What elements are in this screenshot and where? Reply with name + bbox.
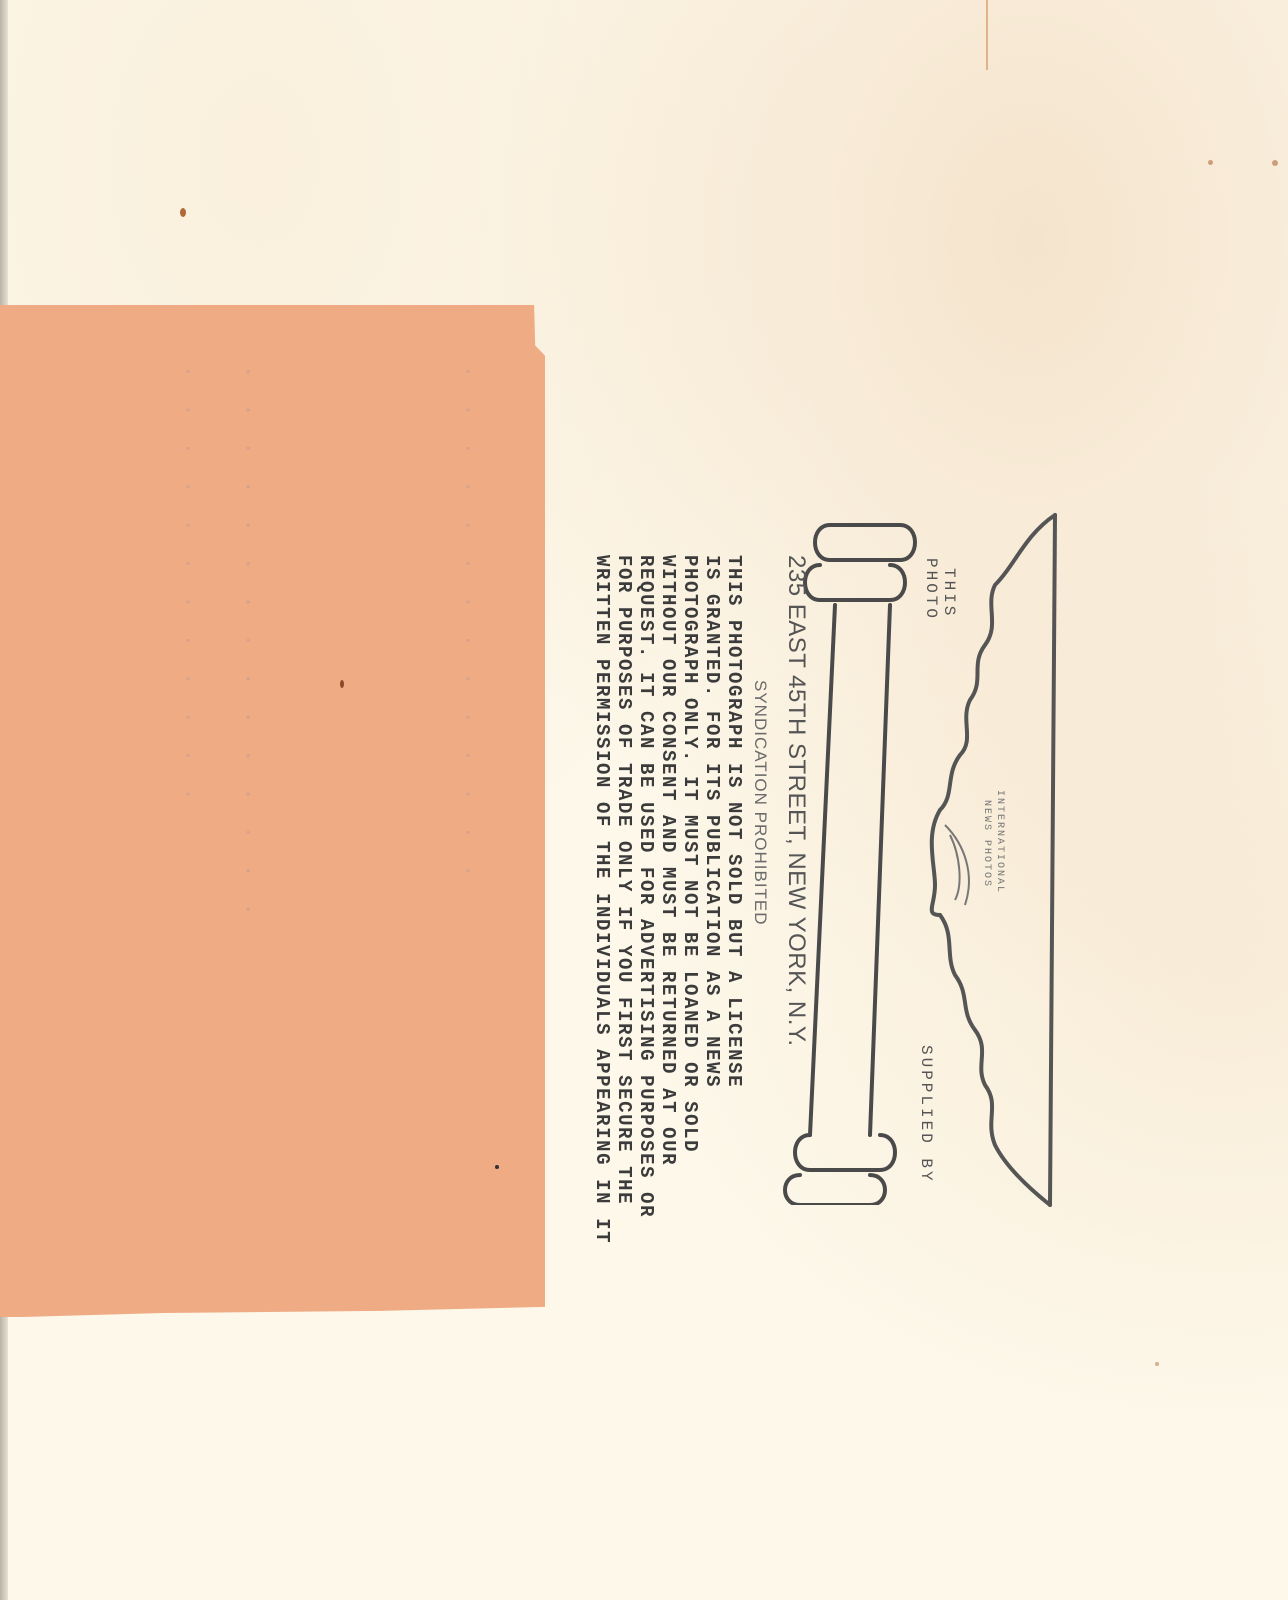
emblem-text: INTERNATIONAL: [994, 790, 1005, 894]
agency-address: 235 EAST 45TH STREET, NEW YORK, N.Y.: [782, 555, 810, 1047]
notice-line: REQUEST. IT CAN BE USED FOR ADVERTISING …: [635, 555, 657, 1244]
syndication-notice: SYNDICATION PROHIBITED: [750, 680, 770, 926]
slip-faint-text: · · · · · · · · · · · · · · ·: [235, 365, 260, 922]
license-notice: THIS PHOTOGRAPH IS NOT SOLD BUT A LICENS…: [591, 555, 745, 1244]
slip-faint-text: · · · · · · · · · · · · · ·: [455, 365, 480, 883]
caption-slip: · · · · · · · · · · · · · · · · · · · · …: [0, 305, 545, 1317]
stain-spot: [340, 680, 344, 688]
emblem-text: NEWS PHOTOS: [981, 800, 992, 888]
stain-spot: [1272, 160, 1278, 166]
stamp-credit-fragment: SUPPLIED BY: [917, 1045, 935, 1184]
notice-line: WITHOUT OUR CONSENT AND MUST BE RETURNED…: [657, 555, 679, 1244]
stain-spot: [495, 1165, 499, 1169]
stain-spot: [180, 208, 186, 217]
notice-line: PHOTOGRAPH ONLY. IT MUST NOT BE LOANED O…: [679, 555, 701, 1244]
stamp-header-fragment: THIS: [940, 568, 958, 618]
notice-line: FOR PURPOSES OF TRADE ONLY IF YOU FIRST …: [613, 555, 635, 1244]
notice-line: THIS PHOTOGRAPH IS NOT SOLD BUT A LICENS…: [723, 555, 745, 1244]
slip-faint-text: · · · · · · · · · · · ·: [175, 365, 200, 807]
stain-spot: [1155, 1362, 1159, 1366]
notice-line: WRITTEN PERMISSION OF THE INDIVIDUALS AP…: [591, 555, 613, 1244]
stain-spot: [1208, 160, 1213, 165]
paper-crease: [986, 0, 988, 70]
notice-line: IS GRANTED. FOR ITS PUBLICATION AS A NEW…: [701, 555, 723, 1244]
stamp-header-fragment: PHOTO: [922, 558, 940, 621]
